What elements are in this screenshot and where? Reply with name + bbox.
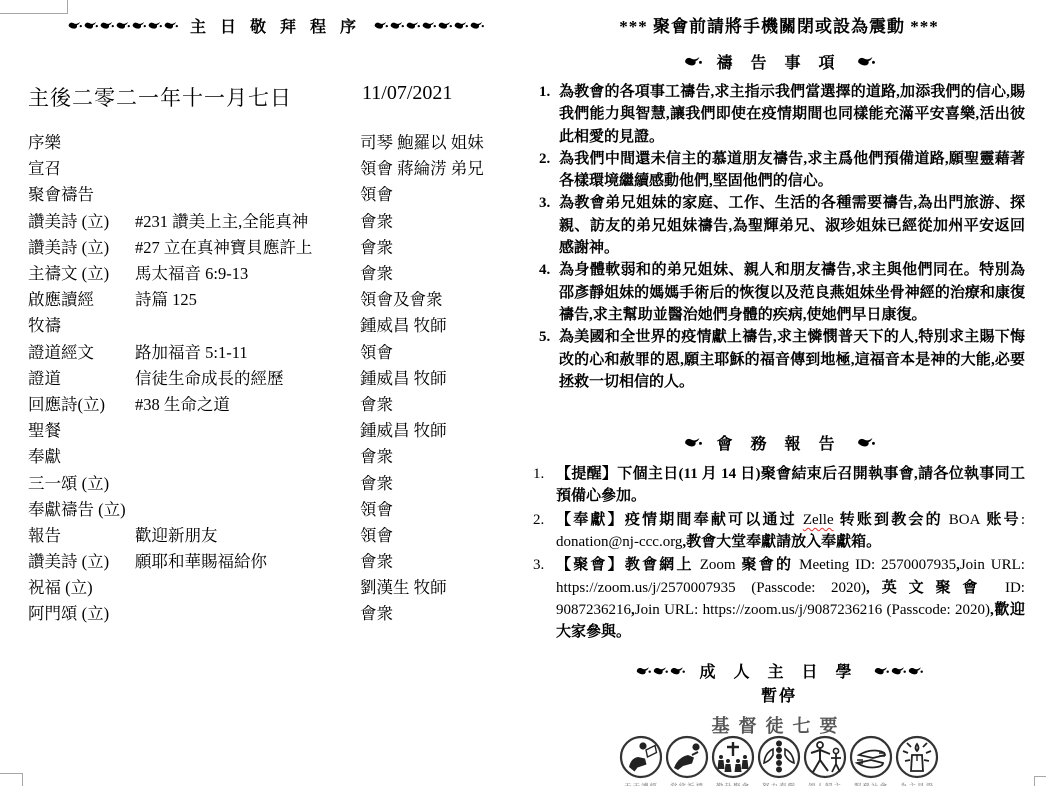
seven-essentials-item: 服務社會 — [848, 735, 894, 786]
announcement-number: 3. — [533, 554, 556, 643]
prayer-list: 1.為教會的各項事工禱告,求主指示我們當選擇的道路,加添我們的信心,賜我們能力與… — [533, 81, 1025, 393]
prayer-text: 為美國和全世界的疫情獻上禱告,求主憐憫普天下的人,特別求主賜下悔改的心和赦罪的恩… — [559, 326, 1025, 393]
worship-item: 讚美詩 (立) — [28, 234, 135, 258]
list-item: 1. 【提醒】下個主日(11 月 14 日)聚會結束后召開執事會,請各位執事同工… — [533, 463, 1025, 508]
announcement-text: 【聚會】教會網上 Zoom 聚會的 Meeting ID: 2570007935… — [556, 554, 1025, 643]
ornament-row-left-icon — [67, 21, 178, 30]
adjacent-page-corner-bottom-right — [1034, 776, 1046, 786]
adjacent-page-corner-top-left — [0, 0, 68, 14]
ornament-right-icon — [873, 666, 923, 676]
cross-congregation-icon — [711, 735, 755, 779]
table-row: 回應詩(立)#38 生命之道會衆 — [28, 390, 523, 416]
worship-role: 領會及會衆 — [360, 286, 523, 310]
announcement-segment: 【聚會】教會網上 — [556, 557, 700, 573]
worship-order-header: 主 日 敬 拜 程 序 — [28, 14, 523, 36]
list-item: 1.為教會的各項事工禱告,求主指示我們當選擇的道路,加添我們的信心,賜我們能力與… — [533, 81, 1025, 148]
worship-item: 聖餐 — [28, 417, 135, 441]
date-chinese: 主後二零二一年十一月七日 — [28, 82, 292, 112]
list-item: 4.為身體軟弱和的弟兄姐妹、親人和朋友禱告,求主與他們同在。特別為邵彥靜姐妹的媽… — [533, 259, 1025, 326]
phone-notice: *** 聚會前請將手機關閉或設為震動 *** — [533, 12, 1025, 36]
worship-desc: 馬太福音 6:9-13 — [135, 260, 360, 284]
worship-desc: 詩篇 125 — [135, 286, 360, 310]
seven-essentials-item: 為主見證 — [894, 735, 940, 786]
list-item: 3. 【聚會】教會網上 Zoom 聚會的 Meeting ID: 2570007… — [533, 554, 1025, 643]
prayer-text: 為教會弟兄姐妹的家庭、工作、生活的各種需要禱告,為出門旅游、探親、訪友的弟兄姐妹… — [559, 192, 1025, 259]
worship-role: 會衆 — [360, 260, 523, 284]
seven-essentials-label: 努力奉獻 — [762, 781, 796, 786]
worship-role: 領會 蔣綸淓 弟兄 — [360, 155, 523, 179]
worship-role: 領會 — [360, 496, 523, 520]
seven-essentials-label: 常常祈禱 — [670, 781, 704, 786]
announcement-segment: BOA — [949, 512, 981, 528]
prayer-text: 為身體軟弱和的弟兄姐妹、親人和朋友禱告,求主與他們同在。特別為邵彥靜姐妹的媽媽手… — [559, 259, 1025, 326]
candle-witness-icon — [895, 735, 939, 779]
seven-essentials-item: 努力奉獻 — [756, 735, 802, 786]
worship-item: 宣召 — [28, 155, 135, 179]
list-item: 2.為我們中間還未信主的慕道朋友禱告,求主爲他們預備道路,願聖靈藉著各樣環境繼續… — [533, 148, 1025, 193]
worship-role: 會衆 — [360, 470, 523, 494]
worship-role: 會衆 — [360, 391, 523, 415]
prayer-number: 5. — [533, 326, 559, 393]
announcement-segment: 转账到教会的 — [834, 512, 949, 528]
announcement-segment: ,英文聚會 — [866, 580, 1005, 596]
seven-essentials-label: 為主見證 — [900, 781, 934, 786]
worship-item: 證道經文 — [28, 339, 135, 363]
table-row: 讚美詩 (立)#27 立在真神寶貝應許上會衆 — [28, 233, 523, 259]
business-section-header: 會 務 報 告 — [533, 431, 1025, 453]
table-row: 報告歡迎新朋友領會 — [28, 521, 523, 547]
table-row: 阿門頌 (立)會衆 — [28, 599, 523, 625]
table-row: 聖餐鍾威昌 牧師 — [28, 416, 523, 442]
worship-item: 證道 — [28, 365, 135, 389]
table-row: 牧禱鍾威昌 牧師 — [28, 311, 523, 337]
table-row: 祝福 (立)劉漢生 牧師 — [28, 573, 523, 599]
announcement-text: 【奉獻】疫情期間奉献可以通过 Zelle 转账到教会的 BOA 账号: dona… — [556, 509, 1025, 554]
ornament-row-right-icon — [373, 21, 484, 30]
page-title: 主 日 敬 拜 程 序 — [190, 14, 361, 37]
table-row: 讚美詩 (立)願耶和華賜福給你會衆 — [28, 547, 523, 573]
prayer-text: 為教會的各項事工禱告,求主指示我們當選擇的道路,加添我們的信心,賜我們能力與智慧… — [559, 81, 1025, 148]
list-item: 2. 【奉獻】疫情期間奉献可以通过 Zelle 转账到教会的 BOA 账号: d… — [533, 509, 1025, 554]
table-row: 讚美詩 (立)#231 讚美上主,全能真神會衆 — [28, 207, 523, 233]
worship-item: 聚會禱告 — [28, 181, 135, 205]
table-row: 主禱文 (立)馬太福音 6:9-13會衆 — [28, 259, 523, 285]
worship-desc: 路加福音 5:1-11 — [135, 339, 360, 363]
table-row: 三一頌 (立)會衆 — [28, 468, 523, 494]
seven-essentials-title: 基督徒七要 — [614, 712, 944, 734]
date-numeric: 11/07/2021 — [362, 82, 452, 105]
worship-item: 阿門頌 (立) — [28, 600, 135, 624]
praying-person-icon — [665, 735, 709, 779]
seven-essentials-item: 常常祈禱 — [664, 735, 710, 786]
seven-essentials-item: 勤赴聚會 — [710, 735, 756, 786]
worship-item: 讚美詩 (立) — [28, 208, 135, 232]
announcement-text: 【提醒】下個主日(11 月 14 日)聚會結束后召開執事會,請各位執事同工預備心… — [556, 463, 1025, 508]
worship-role: 領會 — [360, 339, 523, 363]
worship-item: 牧禱 — [28, 312, 135, 336]
zoom-meeting-id-text: Meeting ID: 2570007935 — [799, 557, 956, 573]
worship-desc: 信徒生命成長的經歷 — [135, 365, 360, 389]
english-join-url-text: Join URL: https://zoom.us/j/9087236216 (… — [635, 602, 990, 618]
announcement-segment: Zoom — [700, 557, 736, 573]
seven-essentials-graphic: 基督徒七要 天天讀經 — [614, 712, 944, 786]
list-item: 5.為美國和全世界的疫情獻上禱告,求主憐憫普天下的人,特別求主賜下悔改的心和赦罪… — [533, 326, 1025, 393]
worship-item: 三一頌 (立) — [28, 470, 135, 494]
table-row: 聚會禱告領會 — [28, 180, 523, 206]
table-row: 啟應讀經詩篇 125領會及會衆 — [28, 285, 523, 311]
date-row: 主後二零二一年十一月七日 11/07/2021 — [28, 82, 523, 114]
seven-essentials-label: 服務社會 — [854, 781, 888, 786]
worship-role: 會衆 — [360, 548, 523, 572]
adult-sunday-school-header: 成 人 主 日 學 — [533, 660, 1025, 682]
table-row: 序樂司琴 鮑羅以 姐妹 — [28, 128, 523, 154]
worship-item: 報告 — [28, 522, 135, 546]
announcement-segment: 聚會的 — [736, 557, 800, 573]
seven-essentials-icons: 天天讀經 常常祈禱 — [614, 735, 944, 786]
worship-item: 主禱文 (立) — [28, 260, 135, 284]
loaves-and-fishes-icon — [757, 735, 801, 779]
worship-role: 劉漢生 牧師 — [360, 574, 523, 598]
table-row: 宣召領會 蔣綸淓 弟兄 — [28, 154, 523, 180]
seven-essentials-label: 天天讀經 — [624, 781, 658, 786]
table-row: 奉獻會衆 — [28, 442, 523, 468]
worship-role: 鍾威昌 牧師 — [360, 417, 523, 441]
announcement-segment: 【提醒】下個主日(11 月 14 日)聚會結束后召開執事會,請各位執事同工預備心… — [556, 466, 1025, 504]
worship-role: 領會 — [360, 522, 523, 546]
worship-desc: 願耶和華賜福給你 — [135, 548, 360, 572]
ornament-left-icon — [635, 666, 685, 676]
prayer-number: 1. — [533, 81, 559, 148]
worship-desc: #231 讚美上主,全能真神 — [135, 208, 360, 232]
kneeling-reader-icon — [619, 735, 663, 779]
ornament-right-icon — [856, 437, 875, 448]
prayer-text: 為我們中間還未信主的慕道朋友禱告,求主爲他們預備道路,願聖靈藉著各樣環境繼續感動… — [559, 148, 1025, 193]
worship-item: 啟應讀經 — [28, 286, 135, 310]
announcements-column: *** 聚會前請將手機關閉或設為震動 *** 禱 告 事 項 1.為教會的各項事… — [533, 12, 1025, 786]
worship-desc: #27 立在真神寶貝應許上 — [135, 234, 360, 258]
worship-item: 序樂 — [28, 129, 135, 153]
adult-sunday-school-status: 暫停 — [533, 683, 1025, 706]
seven-essentials-label: 領人歸主 — [808, 781, 842, 786]
list-item: 3.為教會弟兄姐妹的家庭、工作、生活的各種需要禱告,為出門旅游、探親、訪友的弟兄… — [533, 192, 1025, 259]
seven-essentials-label: 勤赴聚會 — [716, 781, 750, 786]
table-row: 證道信徒生命成長的經歷鍾威昌 牧師 — [28, 364, 523, 390]
business-section-title: 會 務 報 告 — [716, 431, 841, 454]
worship-item: 回應詩(立) — [28, 391, 135, 415]
announcement-segment: ,教會大堂奉獻請放入奉獻箱。 — [682, 534, 881, 550]
worship-desc: 歡迎新朋友 — [135, 522, 360, 546]
prayer-section-title: 禱 告 事 項 — [716, 50, 841, 73]
worship-role: 領會 — [360, 181, 523, 205]
ornament-left-icon — [683, 56, 702, 67]
announcement-segment: 账号 — [980, 512, 1020, 528]
ornament-left-icon — [683, 437, 702, 448]
worship-role: 會衆 — [360, 234, 523, 258]
worship-item: 奉獻禱告 (立) — [28, 496, 135, 520]
worship-role: 鍾威昌 牧師 — [360, 312, 523, 336]
seven-essentials-item: 領人歸主 — [802, 735, 848, 786]
worship-order-table: 序樂司琴 鮑羅以 姐妹 宣召領會 蔣綸淓 弟兄 聚會禱告領會 讚美詩 (立)#2… — [28, 128, 523, 626]
bulletin-page: 主 日 敬 拜 程 序 主後二零二一年十一月七日 11/07/2021 序樂司琴… — [0, 0, 1046, 786]
worship-desc: #38 生命之道 — [135, 391, 360, 415]
announcement-list: 1. 【提醒】下個主日(11 月 14 日)聚會結束后召開執事會,請各位執事同工… — [533, 463, 1025, 643]
leading-to-cross-icon — [803, 735, 847, 779]
worship-role: 會衆 — [360, 600, 523, 624]
worship-role: 會衆 — [360, 208, 523, 232]
worship-order-column: 主 日 敬 拜 程 序 主後二零二一年十一月七日 11/07/2021 序樂司琴… — [28, 14, 523, 626]
prayer-number: 3. — [533, 192, 559, 259]
worship-role: 司琴 鮑羅以 姐妹 — [360, 129, 523, 153]
adjacent-page-corner-bottom-left — [0, 773, 23, 786]
prayer-section-header: 禱 告 事 項 — [533, 50, 1025, 72]
prayer-number: 4. — [533, 259, 559, 326]
worship-item: 讚美詩 (立) — [28, 548, 135, 572]
prayer-number: 2. — [533, 148, 559, 193]
serving-hands-icon — [849, 735, 893, 779]
table-row: 證道經文路加福音 5:1-11領會 — [28, 338, 523, 364]
announcement-number: 2. — [533, 509, 556, 554]
announcement-number: 1. — [533, 463, 556, 508]
worship-item: 祝福 (立) — [28, 574, 135, 598]
worship-role: 會衆 — [360, 443, 523, 467]
seven-essentials-item: 天天讀經 — [618, 735, 664, 786]
worship-item: 奉獻 — [28, 443, 135, 467]
ornament-right-icon — [856, 56, 875, 67]
zelle-misspelling-underline: Zelle — [803, 512, 834, 528]
announcement-segment: 【奉獻】疫情期間奉献可以通过 — [556, 512, 803, 528]
table-row: 奉獻禱告 (立)領會 — [28, 495, 523, 521]
adult-sunday-school-title: 成 人 主 日 學 — [699, 659, 858, 682]
worship-role: 鍾威昌 牧師 — [360, 365, 523, 389]
